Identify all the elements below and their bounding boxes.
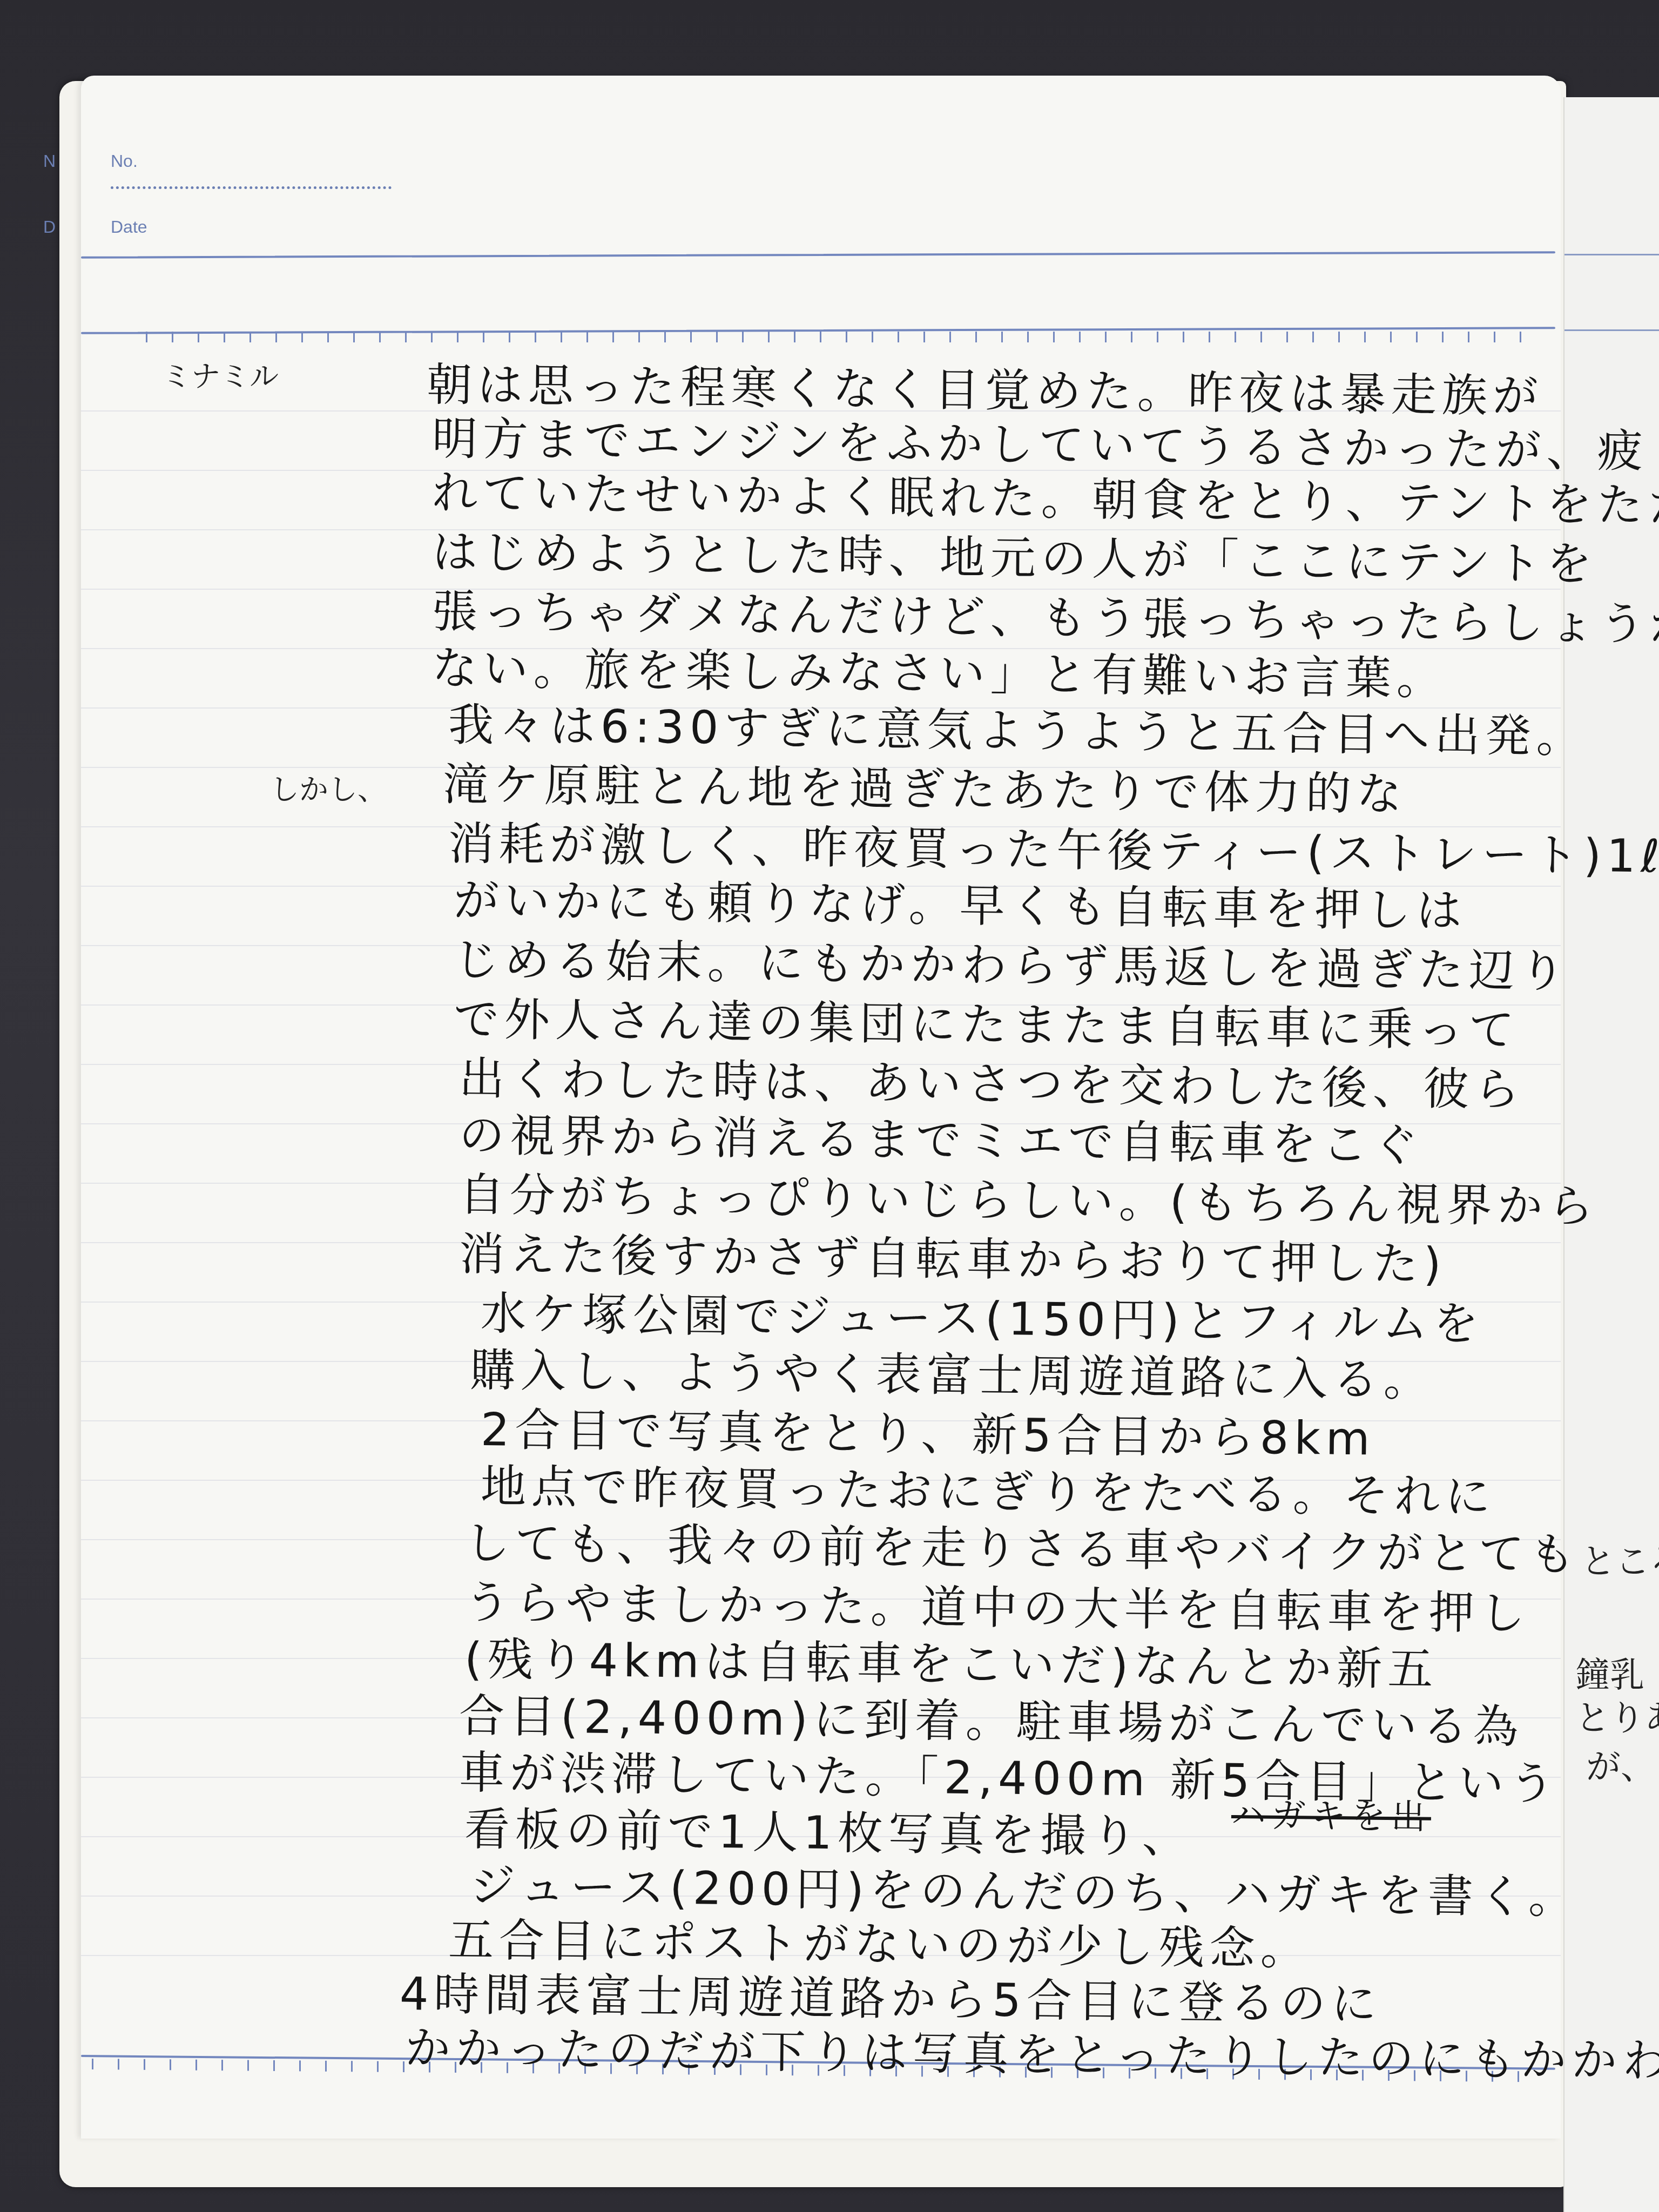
- number-field[interactable]: [111, 186, 392, 189]
- next-page-note: 鐘乳: [1575, 1647, 1644, 1697]
- next-page-rule: [1564, 254, 1659, 255]
- notebook-page: N No. D Date ミナミル しかし、 朝は思った程寒くなく目覚めた。昨夜…: [81, 76, 1561, 2139]
- header-divider: [81, 251, 1555, 259]
- number-label: No.: [111, 151, 138, 171]
- next-page-note: ところが: [1581, 1534, 1659, 1583]
- next-page-note: とりあえ: [1575, 1690, 1659, 1740]
- date-field[interactable]: [189, 216, 405, 238]
- next-page-rule: [1564, 329, 1659, 331]
- text-line: かかったのだが下りは写真をとったりしたのにもかかわらず: [404, 2012, 1659, 2092]
- struck-text: ハガキを出: [1231, 1788, 1432, 1839]
- margin-letter-n: N: [43, 151, 56, 171]
- margin-note-however: しかし、: [270, 767, 387, 808]
- margin-note-name: ミナミル: [162, 354, 279, 395]
- ruler-ticks: [146, 332, 1539, 342]
- margin-letter-d: D: [43, 217, 56, 237]
- date-label: Date: [111, 217, 147, 237]
- next-page-note: が、その: [1586, 1739, 1659, 1789]
